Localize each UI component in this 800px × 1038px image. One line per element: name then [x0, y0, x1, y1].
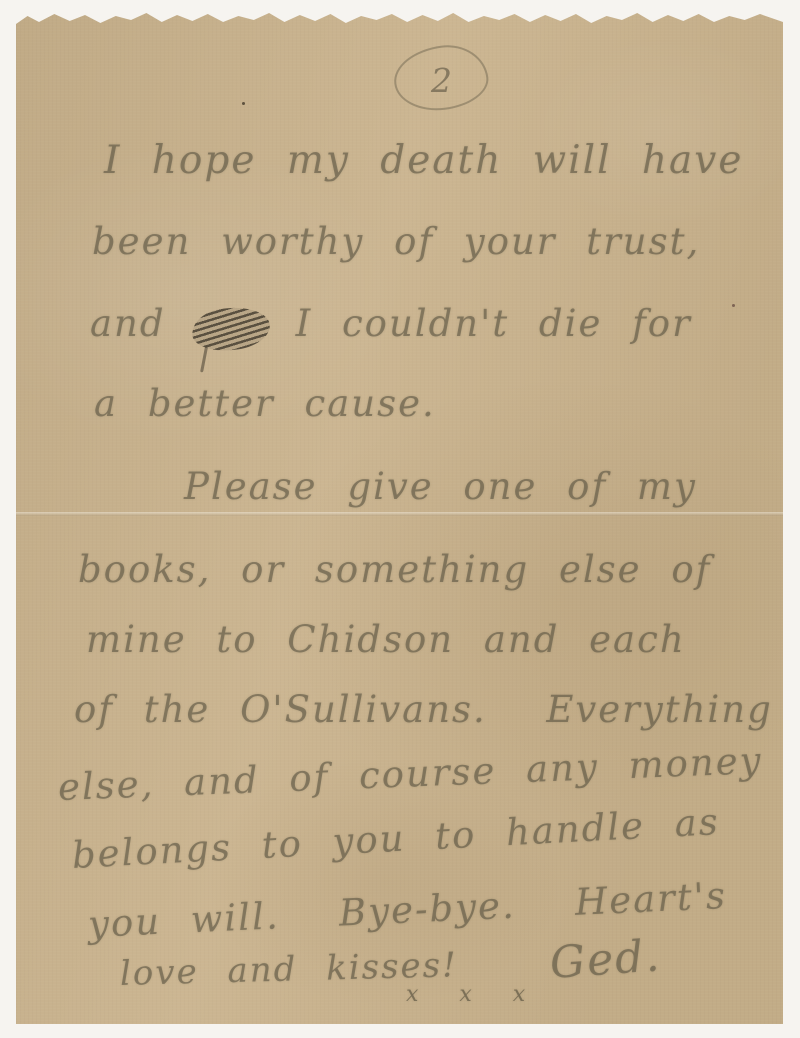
letter-line-5: Please give one of my	[184, 465, 697, 508]
letter-line-2: been worthy of your trust,	[92, 220, 700, 263]
page-number-circle: 2	[390, 41, 491, 116]
kisses-mark: x x x	[406, 982, 534, 1007]
paper-speck	[732, 304, 735, 307]
letter-line-1: I hope my death will have	[104, 138, 743, 183]
fold-crease	[16, 512, 783, 516]
crossed-out-word-scribble	[190, 305, 271, 354]
signature: Ged.	[548, 930, 663, 989]
letter-line-7: mine to Chidson and each	[86, 618, 686, 661]
letter-line-10: belongs to you to handle as	[71, 800, 721, 877]
letter-line-6: books, or something else of	[78, 548, 711, 591]
letter-line-9: else, and of course any money	[57, 739, 763, 809]
letter-line-3-post: I couldn't die for	[296, 302, 692, 345]
scanned-letter-page: 2 I hope my death will have been worthy …	[0, 0, 800, 1038]
letter-line-8: of the O'Sullivans. Everything	[74, 688, 773, 731]
letter-line-3: and I couldn't die for	[90, 302, 692, 350]
paper-speck	[242, 102, 245, 105]
letter-paper: 2 I hope my death will have been worthy …	[16, 10, 783, 1024]
page-number: 2	[431, 61, 452, 100]
letter-line-4: a better cause.	[94, 382, 436, 425]
letter-line-3-pre: and	[90, 302, 166, 345]
